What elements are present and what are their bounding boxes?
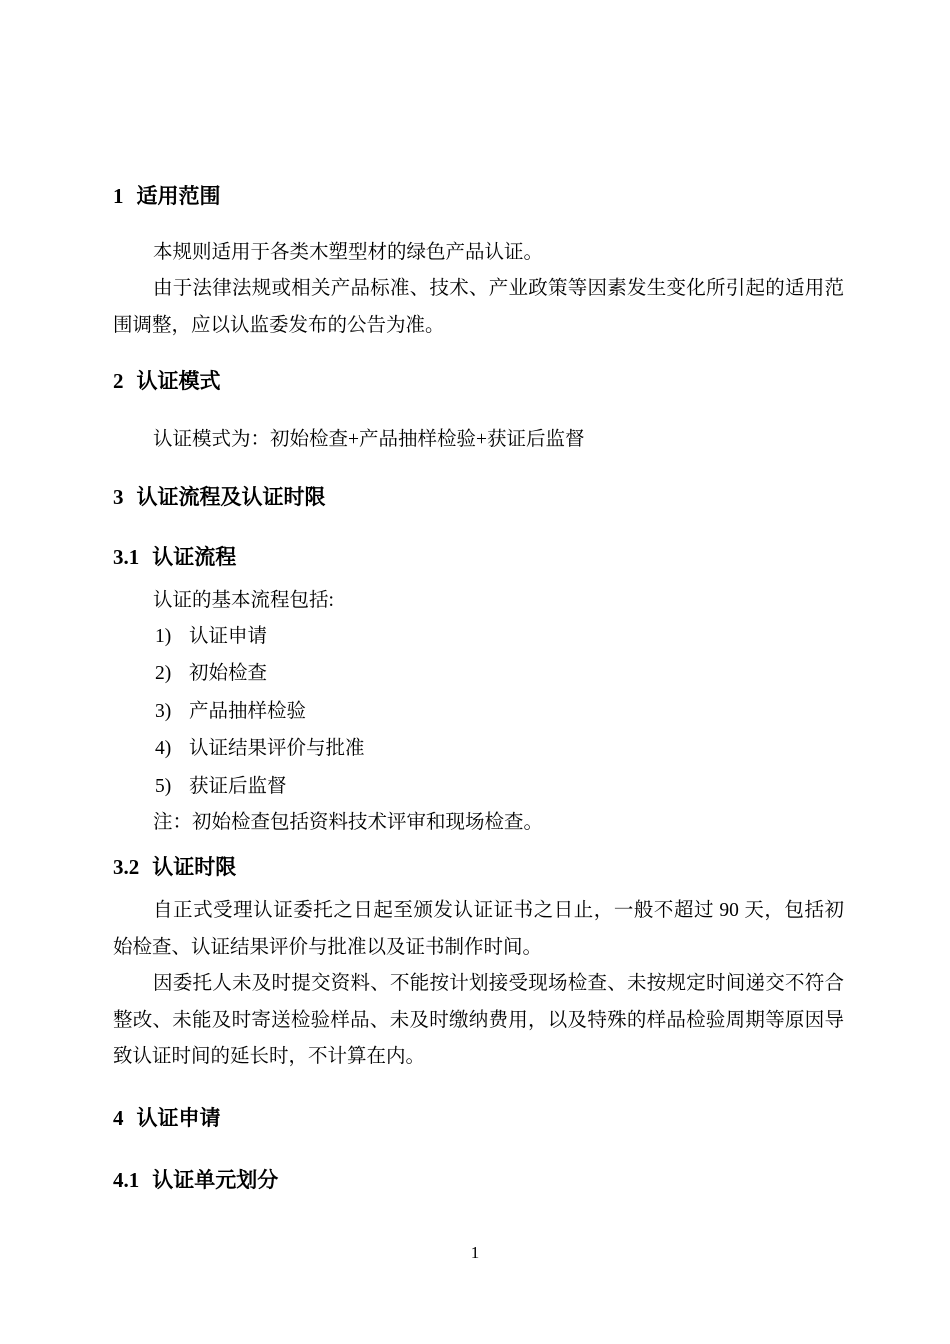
section-number: 3 (113, 482, 124, 512)
list-item-number: 3) (155, 693, 189, 730)
section-title: 适用范围 (137, 184, 221, 208)
list-item-number: 5) (155, 768, 189, 805)
list-item-text: 认证申请 (189, 626, 267, 647)
list-item: 3)产品抽样检验 (113, 693, 886, 730)
section-title: 认证单元划分 (152, 1168, 278, 1192)
section-title: 认证流程及认证时限 (137, 485, 326, 509)
paragraph-time-limit-1: 自正式受理认证委托之日起至颁发认证证书之日止，一般不超过 90 天，包括初始检查… (113, 893, 844, 966)
section-heading-3-1: 3.1认证流程 (113, 542, 844, 572)
section-heading-4: 4认证申请 (113, 1103, 844, 1133)
section-heading-3-2: 3.2认证时限 (113, 852, 844, 882)
paragraph-scope-2: 由于法律法规或相关产品标准、技术、产业政策等因素发生变化所引起的适用范围调整，应… (113, 271, 844, 344)
paragraph-note: 注：初始检查包括资料技术评审和现场检查。 (113, 804, 844, 841)
list-item: 1)认证申请 (113, 618, 886, 655)
list-item-text: 获证后监督 (189, 776, 287, 797)
section-number: 4.1 (113, 1165, 139, 1195)
list-item: 4)认证结果评价与批准 (113, 730, 886, 767)
list-item-text: 认证结果评价与批准 (189, 738, 365, 759)
page-number: 1 (0, 1243, 950, 1263)
paragraph-time-limit-2: 因委托人未及时提交资料、不能按计划接受现场检查、未按规定时间递交不符合整改、未能… (113, 966, 844, 1076)
section-number: 3.1 (113, 542, 139, 572)
section-number: 4 (113, 1103, 124, 1133)
list-item-number: 1) (155, 618, 189, 655)
section-title: 认证申请 (137, 1106, 221, 1130)
section-title: 认证模式 (137, 369, 221, 393)
section-number: 3.2 (113, 852, 139, 882)
section-heading-4-1: 4.1认证单元划分 (113, 1165, 844, 1195)
section-number: 1 (113, 181, 124, 211)
section-heading-3: 3认证流程及认证时限 (113, 482, 844, 512)
document-page: 1适用范围 本规则适用于各类木塑型材的绿色产品认证。 由于法律法规或相关产品标准… (0, 0, 950, 1344)
section-heading-1: 1适用范围 (113, 181, 844, 211)
list-item-number: 2) (155, 655, 189, 692)
list-item-text: 初始检查 (189, 663, 267, 684)
paragraph-scope-1: 本规则适用于各类木塑型材的绿色产品认证。 (113, 234, 844, 271)
list-item: 5)获证后监督 (113, 768, 886, 805)
paragraph-process-intro: 认证的基本流程包括: (113, 582, 844, 619)
section-number: 2 (113, 366, 124, 396)
section-title: 认证时限 (152, 855, 236, 879)
list-item-number: 4) (155, 730, 189, 767)
list-item-text: 产品抽样检验 (189, 701, 306, 722)
section-title: 认证流程 (152, 545, 236, 569)
paragraph-certification-mode: 认证模式为：初始检查+产品抽样检验+获证后监督 (113, 421, 844, 458)
section-heading-2: 2认证模式 (113, 366, 844, 396)
list-item: 2)初始检查 (113, 655, 886, 692)
